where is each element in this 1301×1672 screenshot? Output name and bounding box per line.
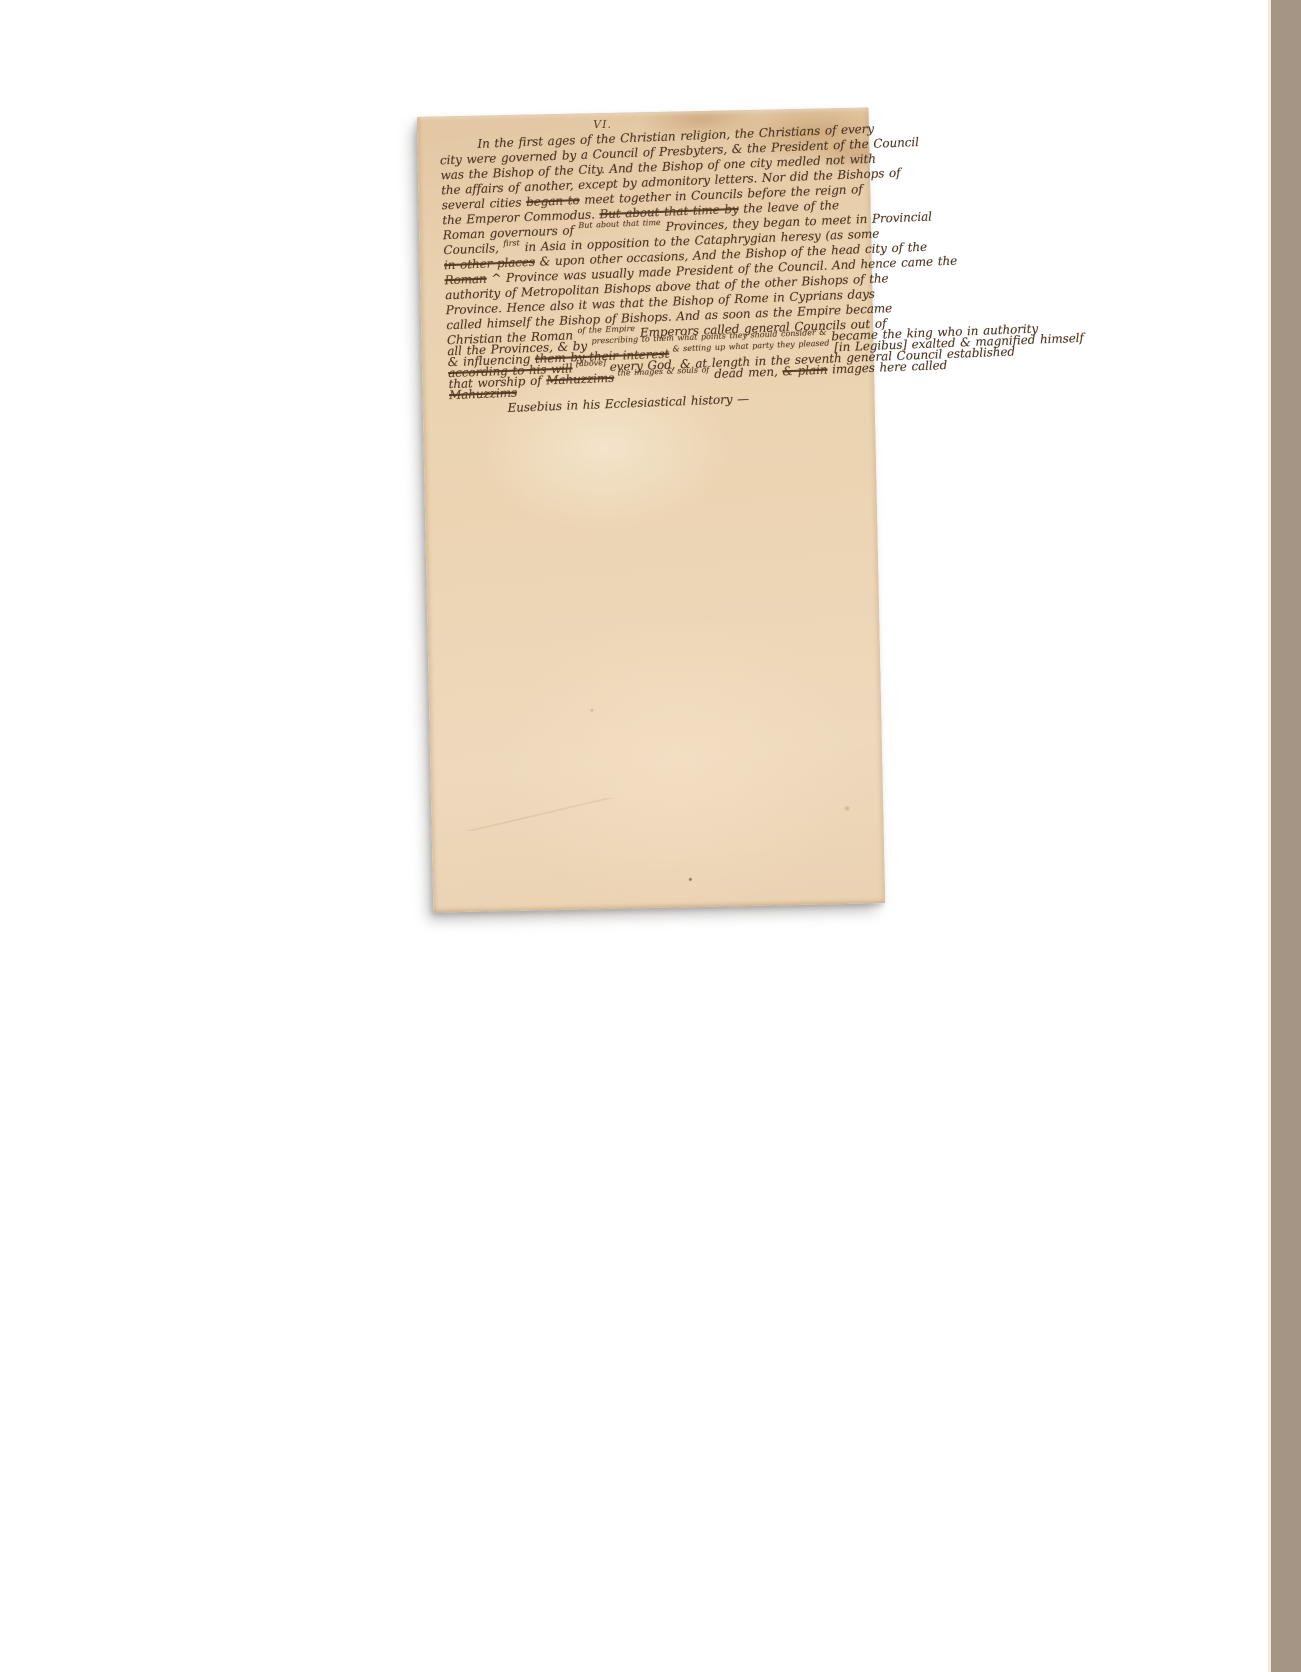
manuscript-line-segment: first	[503, 238, 520, 248]
manuscript-text: In the first ages of the Christian relig…	[439, 122, 871, 418]
manuscript-line-segment: But about that time	[578, 218, 661, 230]
paper-crease	[445, 797, 635, 831]
right-margin-bar	[1268, 0, 1301, 1672]
manuscript-line-segment: & plain	[782, 363, 828, 379]
page-number: VI.	[593, 118, 612, 131]
manuscript-line-segment: of the Empire	[577, 324, 635, 335]
manuscript-line-segment: Mahuzzims	[449, 386, 518, 403]
manuscript-line-segment: [above]	[572, 358, 610, 368]
manuscript-line-segment: dead men,	[709, 364, 782, 381]
manuscript-line-segment: Councils,	[443, 241, 504, 257]
manuscript-line-segment: began to	[526, 193, 580, 209]
manuscript-line-segment: Roman	[444, 272, 487, 288]
manuscript-line-segment: Mahuzzims	[546, 371, 615, 388]
photo-background: VI. In the first ages of the Christian r…	[0, 0, 1301, 1672]
right-bar-edge-line	[1268, 0, 1271, 1672]
manuscript-page: VI. In the first ages of the Christian r…	[417, 107, 886, 912]
